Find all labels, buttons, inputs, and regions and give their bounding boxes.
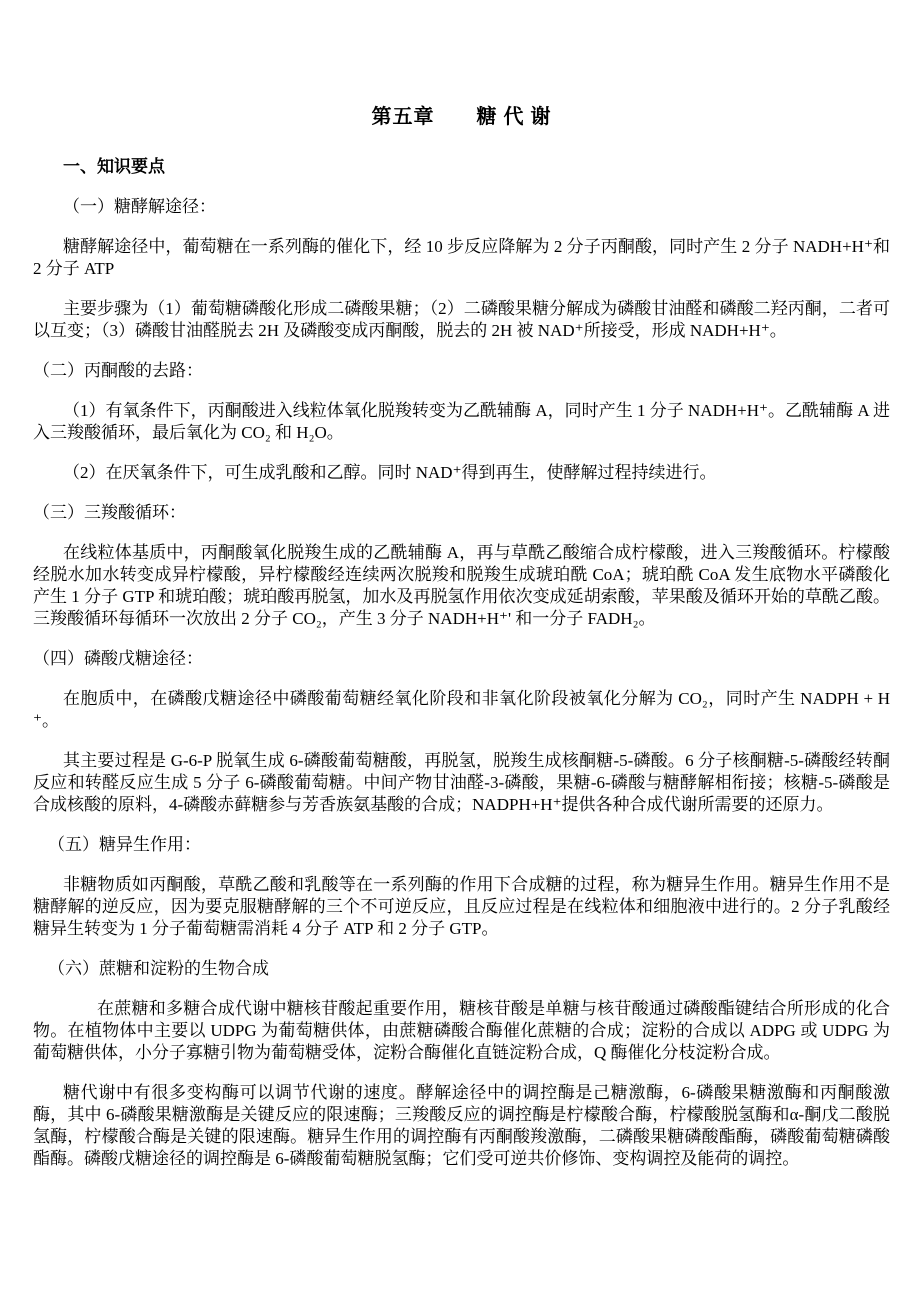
doc-title: 第五章 糖 代 谢 [33, 104, 890, 130]
para-anaerobic-fate: （2）在厌氧条件下，可生成乳酸和乙醇。同时 NAD⁺得到再生，使酵解过程持续进行… [33, 462, 890, 484]
para-gluconeogenesis: 非糖物质如丙酮酸，草酰乙酸和乳酸等在一系列酶的作用下合成糖的过程，称为糖异生作用… [33, 874, 890, 940]
para-tca-cycle: 在线粒体基质中，丙酮酸氧化脱羧生成的乙酰辅酶 A，再与草酰乙酸缩合成柠檬酸，进入… [33, 542, 890, 630]
heading-tca-cycle: （三）三羧酸循环： [33, 502, 890, 524]
para-aerobic-fate: （1）有氧条件下，丙酮酸进入线粒体氧化脱羧转变为乙酰辅酶 A，同时产生 1 分子… [33, 400, 890, 444]
para-ppp-overview: 在胞质中，在磷酸戊糖途径中磷酸葡萄糖经氧化阶段和非氧化阶段被氧化分解为 CO₂，… [33, 688, 890, 732]
document-page: 第五章 糖 代 谢 一、知识要点 （一）糖酵解途径： 糖酵解途径中，葡萄糖在一系… [0, 0, 920, 1302]
heading-glycolysis: （一）糖酵解途径： [33, 196, 890, 218]
para-ppp-process: 其主要过程是 G-6-P 脱氧生成 6-磷酸葡萄糖酸，再脱氢，脱羧生成核酮糖-5… [33, 750, 890, 816]
heading-pyruvate-fate: （二）丙酮酸的去路： [33, 360, 890, 382]
para-glycolysis-overview: 糖酵解途径中，葡萄糖在一系列酶的催化下，经 10 步反应降解为 2 分子丙酮酸，… [33, 236, 890, 280]
heading-gluconeogenesis: （五）糖异生作用： [33, 834, 890, 856]
outline-heading: 一、知识要点 [33, 156, 890, 178]
para-regulatory-enzymes: 糖代谢中有很多变构酶可以调节代谢的速度。酵解途径中的调控酶是己糖激酶，6-磷酸果… [33, 1082, 890, 1170]
heading-pentose-phosphate: （四）磷酸戊糖途径： [33, 648, 890, 670]
para-sucrose-starch: 在蔗糖和多糖合成代谢中糖核苷酸起重要作用，糖核苷酸是单糖与核苷酸通过磷酸酯键结合… [33, 998, 890, 1064]
para-glycolysis-steps: 主要步骤为（1）葡萄糖磷酸化形成二磷酸果糖；（2）二磷酸果糖分解成为磷酸甘油醛和… [33, 298, 890, 342]
heading-sucrose-starch: （六）蔗糖和淀粉的生物合成 [33, 958, 890, 980]
